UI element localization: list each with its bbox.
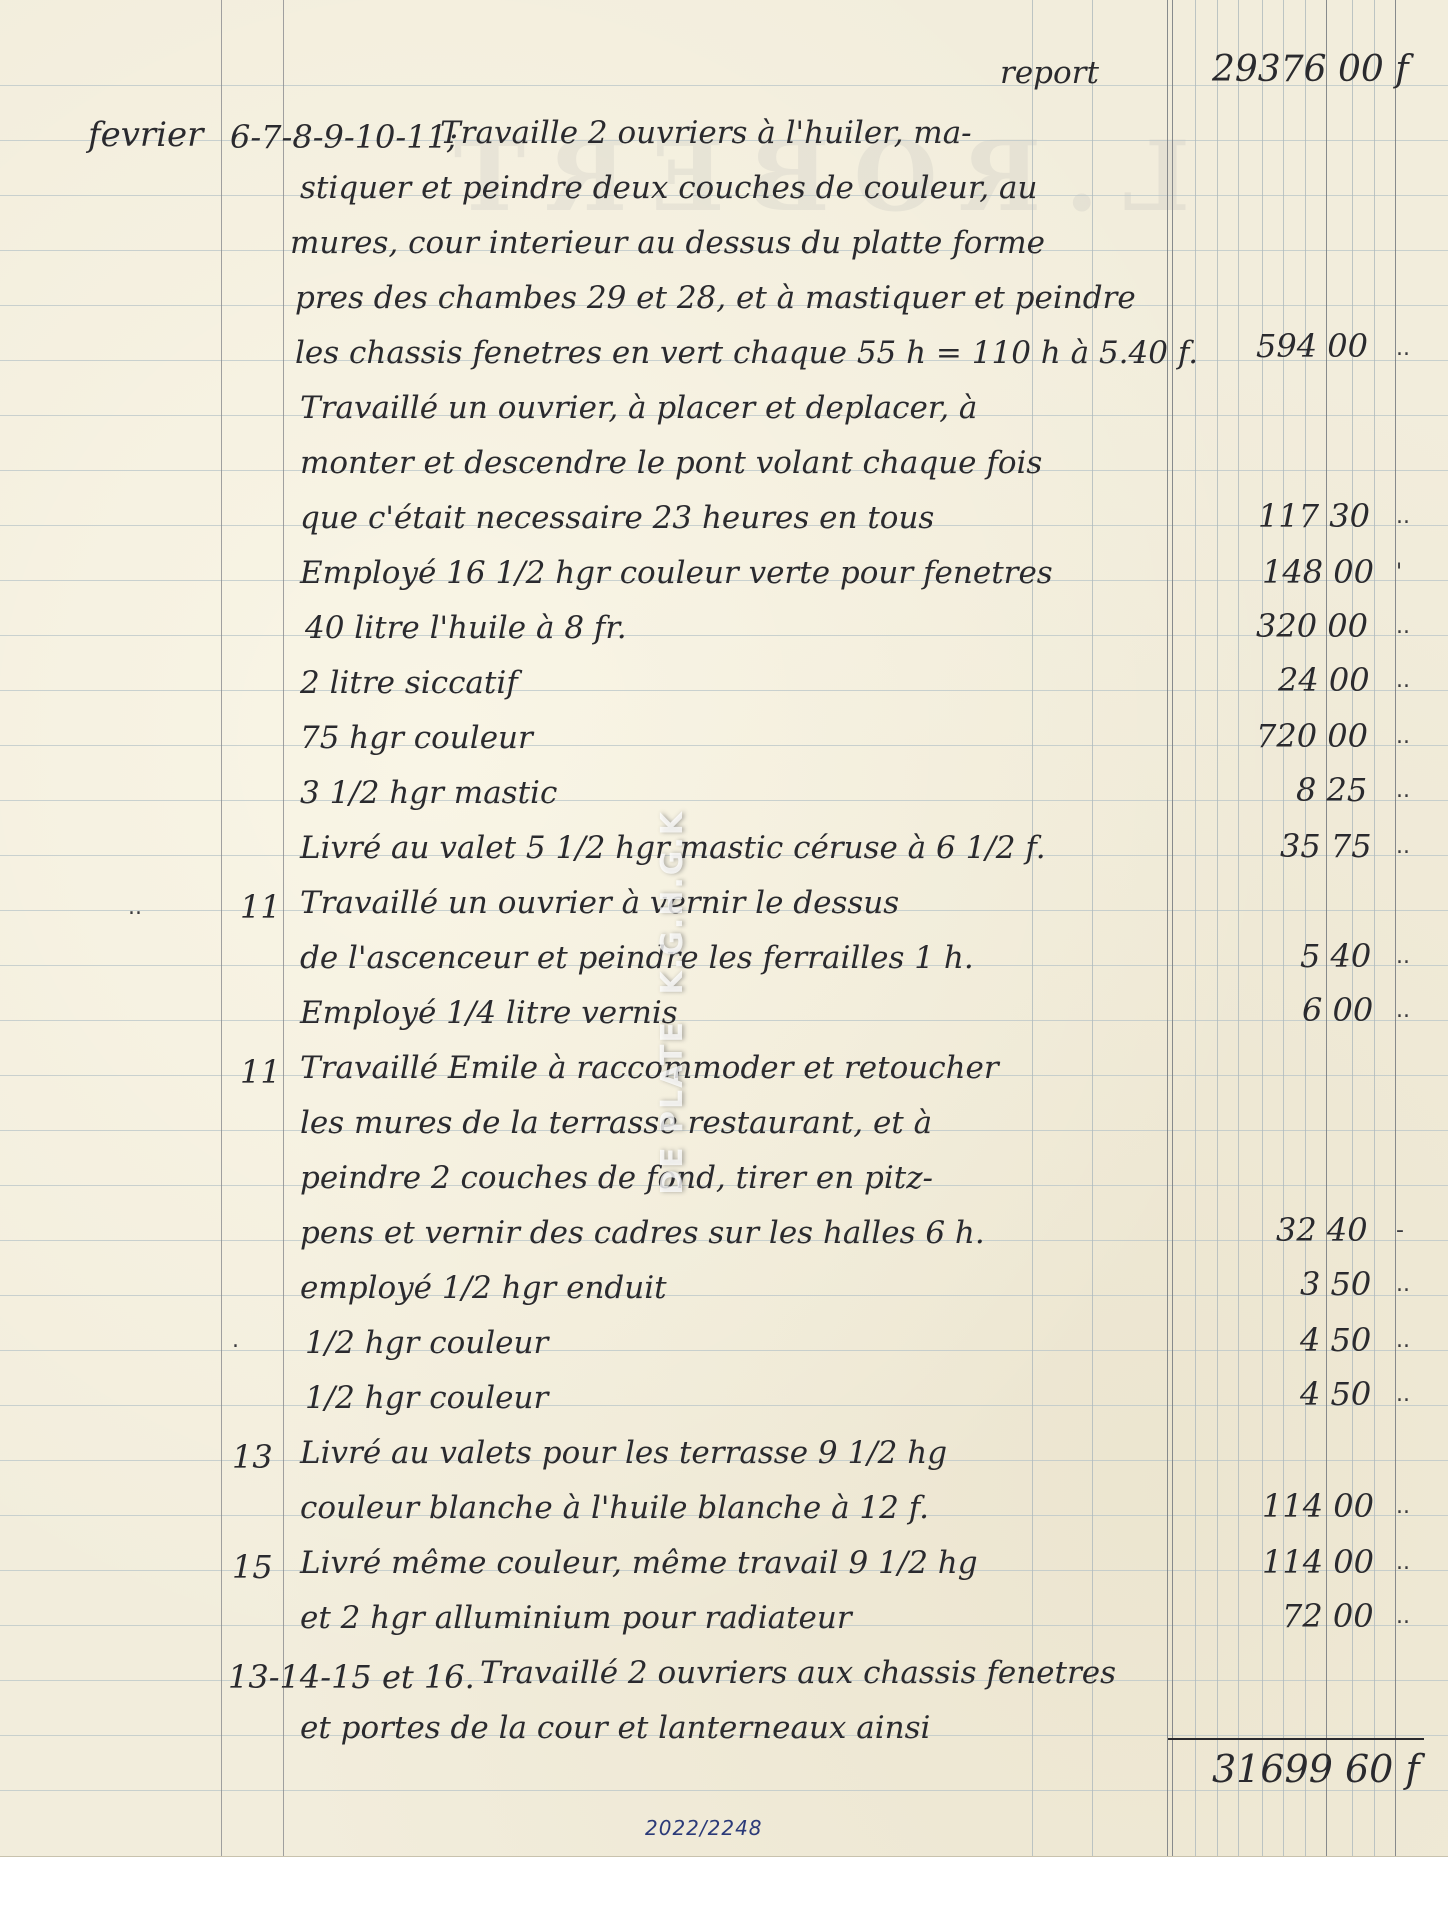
entry-date: 13	[232, 1438, 273, 1476]
entry-line: Travaille 2 ouvriers à l'huiler, ma-	[440, 118, 972, 149]
column-rule	[1032, 0, 1033, 1856]
entry-line: 40 litre l'huile à 8 fr.	[305, 613, 627, 644]
page-total: 31699 60 f	[1212, 1750, 1420, 1788]
line-amount: 6 00	[1302, 994, 1373, 1026]
entry-line: de l'ascenceur et peindre les ferrailles…	[300, 943, 974, 974]
line-amount: 117 30	[1258, 500, 1370, 532]
entry-line: 75 hgr couleur	[300, 723, 533, 754]
rule-line	[0, 1350, 1448, 1351]
entry-line: 2 litre siccatif	[300, 668, 518, 699]
entry-line: et 2 hgr alluminium pour radiateur	[300, 1603, 852, 1634]
rule-line	[0, 635, 1448, 636]
entry-line: Livré au valets pour les terrasse 9 1/2 …	[300, 1438, 947, 1469]
carry-forward-cents: 00	[1338, 49, 1384, 90]
entry-line: 3 1/2 hgr mastic	[300, 778, 557, 809]
margin-rule-date	[221, 0, 222, 1856]
column-rule	[1374, 0, 1375, 1856]
margin-rule-text	[283, 0, 284, 1856]
entry-line: pres des chambes 29 et 28, et à mastique…	[295, 283, 1136, 314]
check-mark: -	[1396, 1218, 1404, 1243]
column-rule	[1092, 0, 1093, 1856]
check-mark: ..	[1396, 778, 1410, 803]
column-rule	[1195, 0, 1196, 1856]
entry-date: 13-14-15 et 16.	[228, 1658, 475, 1696]
line-amount: 114 00	[1262, 1546, 1374, 1578]
line-amount: 32 40	[1276, 1214, 1368, 1246]
entry-date: 11	[240, 1053, 281, 1091]
column-rule	[1238, 0, 1239, 1856]
entry-line: 1/2 hgr couleur	[305, 1383, 548, 1414]
check-mark: ..	[1396, 1604, 1410, 1629]
entry-line: Travaillé un ouvrier, à placer et deplac…	[300, 393, 977, 424]
check-mark: ..	[1396, 504, 1410, 529]
check-mark: ..	[1396, 944, 1410, 969]
entry-line: les mures de la terrasse restaurant, et …	[300, 1108, 932, 1139]
rule-line	[0, 690, 1448, 691]
total-cents: 60	[1345, 1747, 1393, 1791]
entry-line: Employé 1/4 litre vernis	[300, 998, 678, 1029]
entry-date: 6-7-8-9-10-11;	[230, 118, 458, 156]
check-mark: ..	[1396, 614, 1410, 639]
archive-reference: 2022/2248	[645, 1816, 763, 1840]
line-amount: 594 00	[1256, 330, 1368, 362]
rule-line	[0, 1405, 1448, 1406]
check-mark: ..	[1396, 998, 1410, 1023]
line-amount: 8 25	[1296, 774, 1367, 806]
check-mark: ..	[1396, 336, 1410, 361]
entry-date: 15	[232, 1548, 273, 1586]
ledger-page: L.ROBERT report 29376 00 f	[0, 0, 1448, 1857]
check-mark: ..	[1396, 1328, 1410, 1353]
right-column-rule	[1395, 0, 1396, 1856]
line-amount: 4 50	[1300, 1324, 1371, 1356]
entry-line: que c'était necessaire 23 heures en tous	[300, 503, 934, 534]
line-amount: 320 00	[1256, 610, 1368, 642]
check-mark: ..	[1396, 1550, 1410, 1575]
entry-line: Travaillé Emile à raccommoder et retouch…	[300, 1053, 999, 1084]
check-mark: ..	[1396, 1272, 1410, 1297]
total-francs: 31699	[1212, 1747, 1333, 1791]
watermark-bottom: DE PLATE	[655, 1020, 690, 1195]
entry-line: Travaillé 2 ouvriers aux chassis fenetre…	[480, 1658, 1116, 1689]
line-amount: 5 40	[1300, 940, 1371, 972]
entry-line: stiquer et peindre deux couches de coule…	[300, 173, 1037, 204]
entry-line: et portes de la cour et lanterneaux ains…	[300, 1713, 930, 1744]
check-mark: ..	[1396, 1382, 1410, 1407]
amount-column-rule	[1167, 0, 1168, 1856]
carry-forward-amount: 29376 00 f	[1212, 52, 1409, 88]
check-mark: ..	[1396, 724, 1410, 749]
carry-forward-francs: 29376	[1212, 49, 1327, 90]
check-mark: ..	[1396, 1494, 1410, 1519]
entry-line: peindre 2 couches de fond, tirer en pitz…	[300, 1163, 933, 1194]
check-mark: ..	[1396, 668, 1410, 693]
check-mark: ..	[1396, 834, 1410, 859]
rule-line	[0, 800, 1448, 801]
carry-forward-label: report	[1000, 58, 1099, 89]
entry-line: Livré même couleur, même travail 9 1/2 h…	[300, 1548, 978, 1579]
rule-line	[0, 1295, 1448, 1296]
column-rule	[1217, 0, 1218, 1856]
entry-line: Travaillé un ouvrier à vernir le dessus	[300, 888, 899, 919]
rule-line	[0, 1020, 1448, 1021]
currency-unit: f	[1395, 49, 1408, 90]
line-amount: 3 50	[1300, 1268, 1371, 1300]
line-amount: 720 00	[1256, 720, 1368, 752]
entry-line: mures, cour interieur au dessus du platt…	[290, 228, 1045, 259]
margin-mark: ..	[128, 895, 142, 920]
entry-line: Employé 16 1/2 hgr couleur verte pour fe…	[300, 558, 1053, 589]
watermark-top: K.G.H.G.K	[655, 810, 690, 994]
total-rule	[1168, 1738, 1424, 1740]
entry-line: pens et vernir des cadres sur les halles…	[300, 1218, 985, 1249]
currency-unit: f	[1405, 1747, 1419, 1791]
entry-line: monter et descendre le pont volant chaqu…	[300, 448, 1042, 479]
month-label: fevrier	[88, 118, 203, 152]
entry-line: employé 1/2 hgr enduit	[300, 1273, 667, 1304]
entry-line: les chassis fenetres en vert chaque 55 h…	[295, 338, 1198, 369]
line-amount: 114 00	[1262, 1490, 1374, 1522]
margin-mark: .	[232, 1328, 239, 1353]
check-mark: '	[1396, 560, 1402, 585]
line-amount: 24 00	[1278, 664, 1370, 696]
rule-line	[0, 745, 1448, 746]
line-amount: 4 50	[1300, 1378, 1371, 1410]
entry-line: couleur blanche à l'huile blanche à 12 f…	[300, 1493, 929, 1524]
line-amount: 148 00	[1262, 556, 1374, 588]
line-amount: 72 00	[1282, 1600, 1374, 1632]
entry-line: 1/2 hgr couleur	[305, 1328, 548, 1359]
amount-column-rule	[1172, 0, 1173, 1856]
entry-date: 11	[240, 888, 281, 926]
line-amount: 35 75	[1280, 830, 1372, 862]
